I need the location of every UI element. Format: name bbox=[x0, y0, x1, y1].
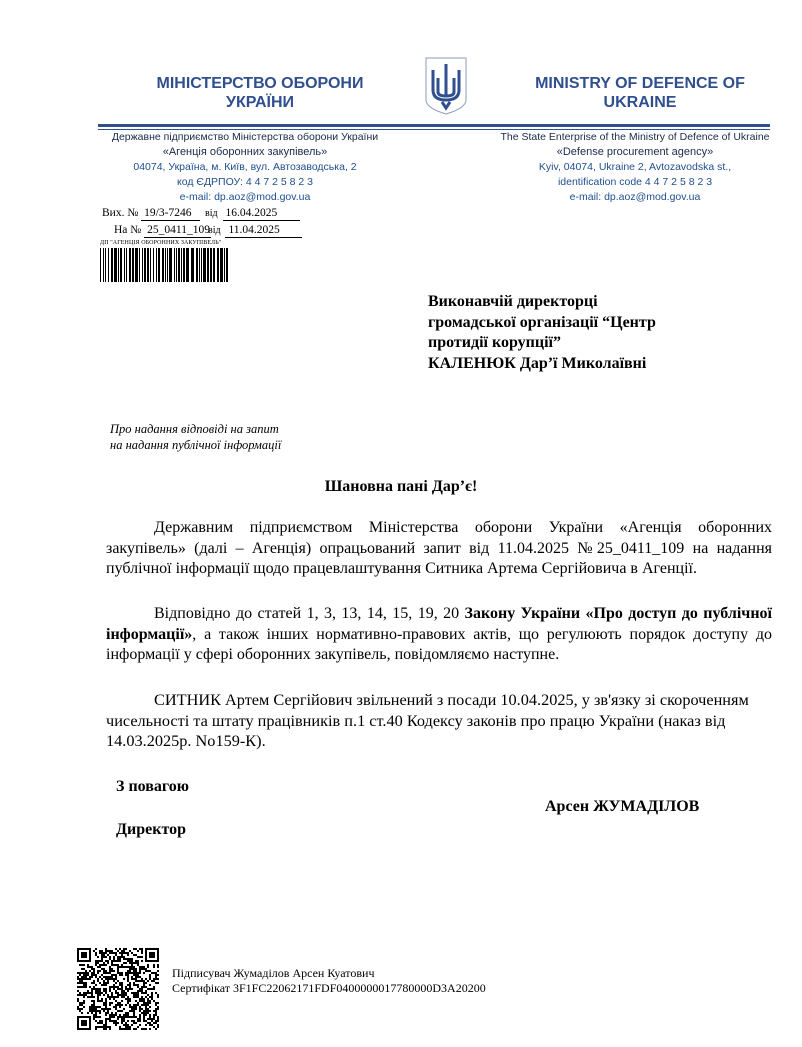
outgoing-number-label: Вих. № bbox=[102, 207, 138, 219]
qr-code-icon bbox=[77, 948, 159, 1030]
recipient-position: Виконавчій директорці bbox=[428, 292, 656, 313]
subject-line1: Про надання відповіді на запит bbox=[110, 421, 281, 437]
incoming-date: 11.04.2025 bbox=[225, 224, 302, 238]
body-paragraph-2: Відповідно до статей 1, 3, 13, 14, 15, 1… bbox=[106, 604, 772, 666]
ministry-title-ua-line2: УКРАЇНИ bbox=[130, 93, 390, 112]
body-paragraph-3: СИТНИК Артем Сергійович звільнений з пос… bbox=[106, 690, 772, 752]
recipient-name: КАЛЕНЮК Дар’ї Миколаївні bbox=[428, 354, 656, 375]
recipient-org-line1: громадської організації “Центр bbox=[428, 313, 656, 334]
address-block-ua: Державне підприємство Міністерства оборо… bbox=[95, 130, 395, 205]
recipient-block: Виконавчій директорці громадської органі… bbox=[428, 292, 656, 374]
address-ua-org: Державне підприємство Міністерства оборо… bbox=[95, 130, 395, 145]
incoming-number: 25_0411_109 bbox=[144, 224, 211, 238]
address-ua-street: 04074, Україна, м. Київ, вул. Автозаводс… bbox=[95, 160, 395, 175]
p2-text-after: , а також інших нормативно-правових акті… bbox=[106, 626, 772, 664]
address-en-agency: «Defense procurement agency» bbox=[480, 145, 790, 160]
address-en-email: e-mail: dp.aoz@mod.gov.ua bbox=[480, 190, 790, 205]
salutation: Шановна пані Дар’є! bbox=[0, 478, 802, 496]
address-en-code: identification code 4 4 7 2 5 8 2 3 bbox=[480, 175, 790, 190]
ministry-title-ua: МІНІСТЕРСТВО ОБОРОНИ УКРАЇНИ bbox=[130, 74, 390, 112]
incoming-number-label: На № bbox=[114, 224, 141, 236]
header-divider-thick bbox=[98, 124, 770, 127]
signer-position: Директор bbox=[116, 821, 186, 839]
ministry-title-en: MINISTRY OF DEFENCE OF UKRAINE bbox=[510, 74, 770, 112]
address-ua-agency: «Агенція оборонних закупівель» bbox=[95, 145, 395, 160]
body-paragraph-1: Державним підприємством Міністерства обо… bbox=[106, 518, 772, 580]
ministry-title-ua-line1: МІНІСТЕРСТВО ОБОРОНИ bbox=[130, 74, 390, 93]
digital-signature-info: Підписувач Жумаділов Арсен Куатович Серт… bbox=[172, 966, 486, 996]
outgoing-registration: Вих. № 19/3-7246 від 16.04.2025 bbox=[102, 207, 322, 221]
incoming-registration: На № 25_0411_109 від 11.04.2025 bbox=[114, 224, 334, 238]
outgoing-date: 16.04.2025 bbox=[223, 207, 300, 221]
address-en-org: The State Enterprise of the Ministry of … bbox=[480, 130, 790, 145]
incoming-date-label: від bbox=[208, 225, 221, 236]
ministry-title-en-line2: UKRAINE bbox=[510, 93, 770, 112]
address-block-en: The State Enterprise of the Ministry of … bbox=[480, 130, 790, 205]
barcode-icon bbox=[100, 248, 228, 282]
subject-line2: на надання публічної інформації bbox=[110, 437, 281, 453]
address-en-street: Kyiv, 04074, Ukraine 2, Avtozavodska st.… bbox=[480, 160, 790, 175]
letter-subject: Про надання відповіді на запит на наданн… bbox=[110, 421, 281, 453]
ministry-title-en-line1: MINISTRY OF DEFENCE OF bbox=[510, 74, 770, 93]
barcode-caption: ДП "АГЕНЦІЯ ОБОРОННИХ ЗАКУПІВЕЛЬ" bbox=[100, 240, 221, 246]
address-ua-email: e-mail: dp.aoz@mod.gov.ua bbox=[95, 190, 395, 205]
address-ua-code: код ЄДРПОУ: 4 4 7 2 5 8 2 3 bbox=[95, 175, 395, 190]
outgoing-date-label: від bbox=[205, 208, 218, 219]
tryzub-coat-of-arms-icon bbox=[424, 56, 468, 116]
digital-signer: Підписувач Жумаділов Арсен Куатович bbox=[172, 966, 486, 981]
outgoing-number: 19/3-7246 bbox=[141, 207, 200, 221]
closing-phrase: З повагою bbox=[116, 778, 189, 796]
certificate-number: Сертифікат 3F1FC22062171FDF0400000017780… bbox=[172, 981, 486, 996]
p2-text-before: Відповідно до статей 1, 3, 13, 14, 15, 1… bbox=[154, 605, 465, 622]
recipient-org-line2: протидії корупції” bbox=[428, 333, 656, 354]
signer-name: Арсен ЖУМАДІЛОВ bbox=[545, 798, 699, 816]
